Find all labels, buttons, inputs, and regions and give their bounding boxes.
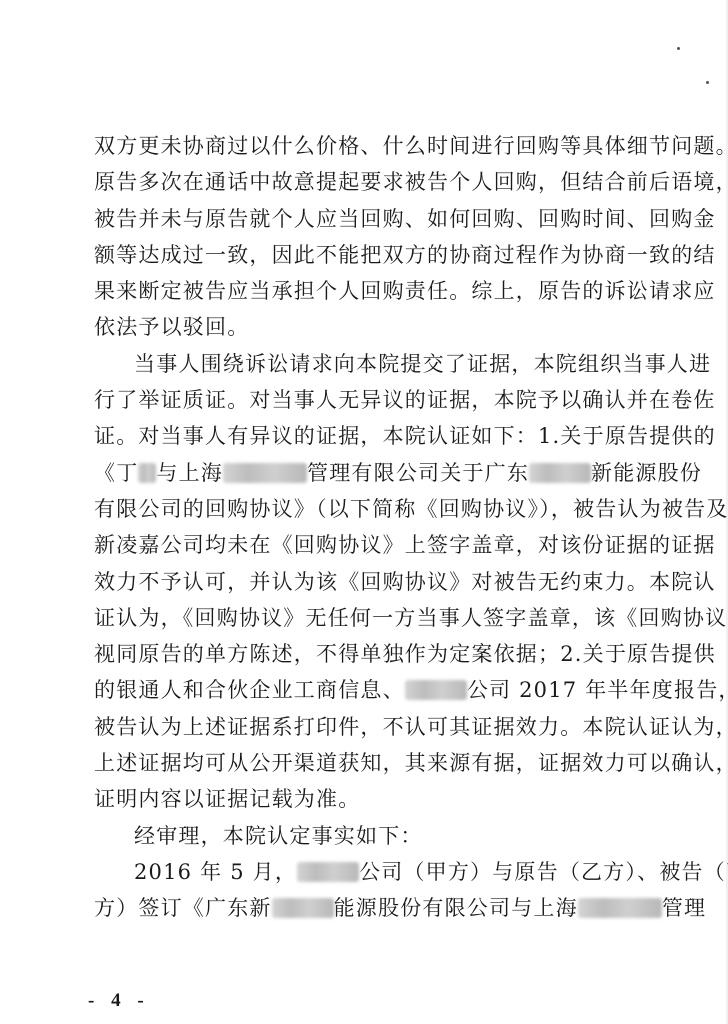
text-fragment: 2016 年 5 月， <box>134 860 297 884</box>
scan-speck <box>677 47 680 50</box>
text-line: 证认为，《回购协议》无任何一方当事人签字盖章，该《回购协议》 <box>94 600 694 636</box>
text-fragment: 新能源股份 <box>591 461 702 485</box>
text-line: 新凌嘉公司均未在《回购协议》上签字盖章，对该份证据的证据 <box>94 527 694 563</box>
text-fragment: 方）签订《广东新 <box>94 896 272 920</box>
text-line: 被告并未与原告就个人应当回购、如何回购、回购时间、回购金 <box>94 201 694 237</box>
text-line: 上述证据均可从公开渠道获知，其来源有据，证据效力可以确认， <box>94 745 694 781</box>
text-line: 证明内容以证据记载为准。 <box>94 781 694 817</box>
text-line: 果来断定被告应当承担个人回购责任。综上，原告的诉讼请求应 <box>94 273 694 309</box>
scan-speck <box>706 81 709 84</box>
redacted-company <box>529 463 591 483</box>
redacted-company <box>223 463 307 483</box>
redacted-company <box>405 680 467 700</box>
text-line: 当事人围绕诉讼请求向本院提交了证据，本院组织当事人进 <box>94 346 694 382</box>
document-page: 双方更未协商过以什么价格、什么时间进行回购等具体细节问题。 原告多次在通话中故意… <box>0 0 728 1024</box>
text-line: 视同原告的单方陈述，不得单独作为定案依据；2.关于原告提供 <box>94 636 694 672</box>
text-line: 方）签订《广东新能源股份有限公司与上海管理 <box>94 890 694 926</box>
text-fragment: 与上海 <box>156 461 223 485</box>
text-line: 的银通人和合伙企业工商信息、公司 2017 年半年度报告， <box>94 672 694 708</box>
redacted-name <box>138 463 156 483</box>
text-fragment: 管理 <box>662 896 706 920</box>
text-line: 《丁与上海管理有限公司关于广东新能源股份 <box>94 455 694 491</box>
redacted-company <box>272 898 334 918</box>
text-fragment: 的银通人和合伙企业工商信息、 <box>94 678 405 702</box>
document-body: 双方更未协商过以什么价格、什么时间进行回购等具体细节问题。 原告多次在通话中故意… <box>94 128 694 927</box>
text-line: 被告认为上述证据系打印件，不认可其证据效力。本院认证认为， <box>94 709 694 745</box>
redacted-company <box>578 898 662 918</box>
text-fragment: 公司（甲方）与原告（乙方）、被告（丁 <box>359 860 728 884</box>
text-fragment: 能源股份有限公司与上海 <box>334 896 578 920</box>
text-fragment: 公司 2017 年半年度报告， <box>467 678 728 702</box>
text-line: 2016 年 5 月，公司（甲方）与原告（乙方）、被告（丁 <box>94 854 694 890</box>
page-number: - 4 - <box>88 990 150 1012</box>
text-line: 经审理，本院认定事实如下： <box>94 818 694 854</box>
redacted-company <box>297 862 359 882</box>
text-line: 原告多次在通话中故意提起要求被告个人回购，但结合前后语境， <box>94 164 694 200</box>
text-line: 有限公司的回购协议》（以下简称《回购协议》），被告认为被告及 <box>94 491 694 527</box>
text-fragment: 《丁 <box>94 461 138 485</box>
text-line: 双方更未协商过以什么价格、什么时间进行回购等具体细节问题。 <box>94 128 694 164</box>
text-line: 依法予以驳回。 <box>94 309 694 345</box>
text-line: 额等达成过一致，因此不能把双方的协商过程作为协商一致的结 <box>94 237 694 273</box>
text-line: 效力不予认可，并认为该《回购协议》对被告无约束力。本院认 <box>94 564 694 600</box>
text-line: 证。对当事人有异议的证据，本院认证如下：1.关于原告提供的 <box>94 418 694 454</box>
text-fragment: 管理有限公司关于广东 <box>307 461 529 485</box>
text-line: 行了举证质证。对当事人无异议的证据，本院予以确认并在卷佐 <box>94 382 694 418</box>
